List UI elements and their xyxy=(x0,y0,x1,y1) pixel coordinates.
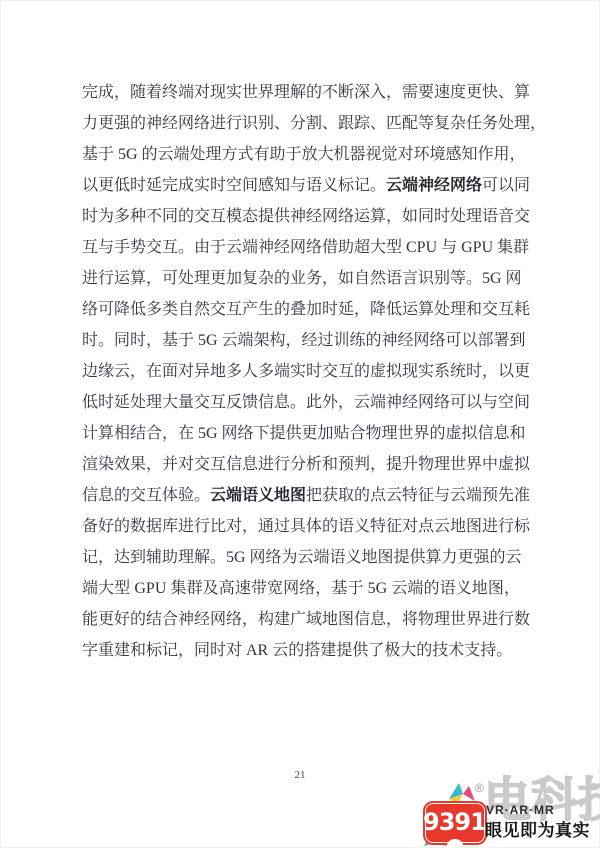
paragraph-line: 字重建和标记，同时对 AR 云的搭建提供了极大的技术支持。 xyxy=(82,635,520,666)
paragraph-line: 时为多种不同的交互模态提供神经网络运算，如同时处理语音交 xyxy=(82,201,520,232)
text-segment: 字重建和标记，同时对 AR 云的搭建提供了极大的技术支持。 xyxy=(82,642,512,659)
bold-term: 云端语义地图 xyxy=(210,487,306,504)
paragraph-line: 时。同时，基于 5G 云端架构，经过训练的神经网络可以部署到 xyxy=(82,325,520,356)
text-segment: 时为多种不同的交互模态提供神经网络运算，如同时处理语音交 xyxy=(82,208,530,225)
paragraph-line: 渲染效果，并对交互信息进行分析和预判，提升物理世界中虚拟 xyxy=(82,449,520,480)
paragraph-line: 边缘云，在面对异地多人多端实时交互的虚拟现实系统时，以更 xyxy=(82,356,520,387)
paragraph-line: 以更低时延完成实时空间感知与语义标记。云端神经网络可以同 xyxy=(82,170,520,201)
text-segment: 记，达到辅助理解。5G 网络为云端语义地图提供算力更强的云 xyxy=(82,549,522,566)
text-segment: 互与手势交互。由于云端神经网络借助超大型 CPU 与 GPU 集群 xyxy=(82,239,529,256)
text-segment: 力更强的神经网络进行识别、分割、跟踪、匹配等复杂任务处理， xyxy=(82,115,546,132)
text-segment: 计算相结合，在 5G 网络下提供更加贴合物理世界的虚拟信息和 xyxy=(82,425,526,442)
text-segment: 时。同时，基于 5G 云端架构，经过训练的神经网络可以部署到 xyxy=(82,332,526,349)
text-segment: 完成，随着终端对现实世界理解的不断深入，需要速度更快、算 xyxy=(82,84,530,101)
text-segment: 可以同 xyxy=(482,177,530,194)
text-segment: 端大型 GPU 集群及高速带宽网络，基于 5G 云端的语义地图， xyxy=(82,580,520,597)
paragraph-line: 进行运算，可处理更加复杂的业务，如自然语言识别等。5G 网 xyxy=(82,263,520,294)
document-page: 完成，随着终端对现实世界理解的不断深入，需要速度更快、算力更强的神经网络进行识别… xyxy=(0,0,600,848)
bold-term: 云端神经网络 xyxy=(386,177,482,194)
paragraph-line: 互与手势交互。由于云端神经网络借助超大型 CPU 与 GPU 集群 xyxy=(82,232,520,263)
text-segment: 进行运算，可处理更加复杂的业务，如自然语言识别等。5G 网 xyxy=(82,270,522,287)
paragraph-line: 记，达到辅助理解。5G 网络为云端语义地图提供算力更强的云 xyxy=(82,542,520,573)
text-segment: 低时延处理大量交互反馈信息。此外，云端神经网络可以与空间 xyxy=(82,394,530,411)
vr-goggles-icon: 93913 xyxy=(423,801,487,845)
text-segment: 基于 5G 的云端处理方式有助于放大机器视觉对环境感知作用， xyxy=(82,146,526,163)
text-segment: 渲染效果，并对交互信息进行分析和预判，提升物理世界中虚拟 xyxy=(82,456,530,473)
logo-tagline-vr-ar-mr: VR·AR·MR xyxy=(486,803,555,817)
text-segment: 备好的数据库进行比对，通过具体的语义特征对点云地图进行标 xyxy=(82,518,530,535)
goggle-nose-notch xyxy=(447,839,463,848)
brand-logo: 电科技 ® 93913 VR·AR·MR 眼见即为真实 xyxy=(418,776,600,848)
registered-trademark-icon: ® xyxy=(475,781,484,795)
paragraph-line: 信息的交互体验。云端语义地图把获取的点云特征与云端预先准 xyxy=(82,480,520,511)
logo-slogan: 眼见即为真实 xyxy=(485,816,590,841)
paragraph-line: 基于 5G 的云端处理方式有助于放大机器视觉对环境感知作用， xyxy=(82,139,520,170)
paragraph-line: 备好的数据库进行比对，通过具体的语义特征对点云地图进行标 xyxy=(82,511,520,542)
text-segment: 把获取的点云特征与云端预先准 xyxy=(306,487,530,504)
text-segment: 信息的交互体验。 xyxy=(82,487,210,504)
paragraph-line: 端大型 GPU 集群及高速带宽网络，基于 5G 云端的语义地图， xyxy=(82,573,520,604)
paragraph-line: 力更强的神经网络进行识别、分割、跟踪、匹配等复杂任务处理， xyxy=(82,108,520,139)
body-paragraph: 完成，随着终端对现实世界理解的不断深入，需要速度更快、算力更强的神经网络进行识别… xyxy=(82,77,520,666)
paragraph-line: 完成，随着终端对现实世界理解的不断深入，需要速度更快、算 xyxy=(82,77,520,108)
text-segment: 能更好的结合神经网络，构建广域地图信息，将物理世界进行数 xyxy=(82,611,530,628)
paragraph-line: 能更好的结合神经网络，构建广域地图信息，将物理世界进行数 xyxy=(82,604,520,635)
paragraph-line: 计算相结合，在 5G 网络下提供更加贴合物理世界的虚拟信息和 xyxy=(82,418,520,449)
text-segment: 以更低时延完成实时空间感知与语义标记。 xyxy=(82,177,386,194)
paragraph-line: 络可降低多类自然交互产生的叠加时延，降低运算处理和交互耗 xyxy=(82,294,520,325)
paragraph-line: 低时延处理大量交互反馈信息。此外，云端神经网络可以与空间 xyxy=(82,387,520,418)
text-segment: 络可降低多类自然交互产生的叠加时延，降低运算处理和交互耗 xyxy=(82,301,530,318)
text-segment: 边缘云，在面对异地多人多端实时交互的虚拟现实系统时，以更 xyxy=(82,363,530,380)
